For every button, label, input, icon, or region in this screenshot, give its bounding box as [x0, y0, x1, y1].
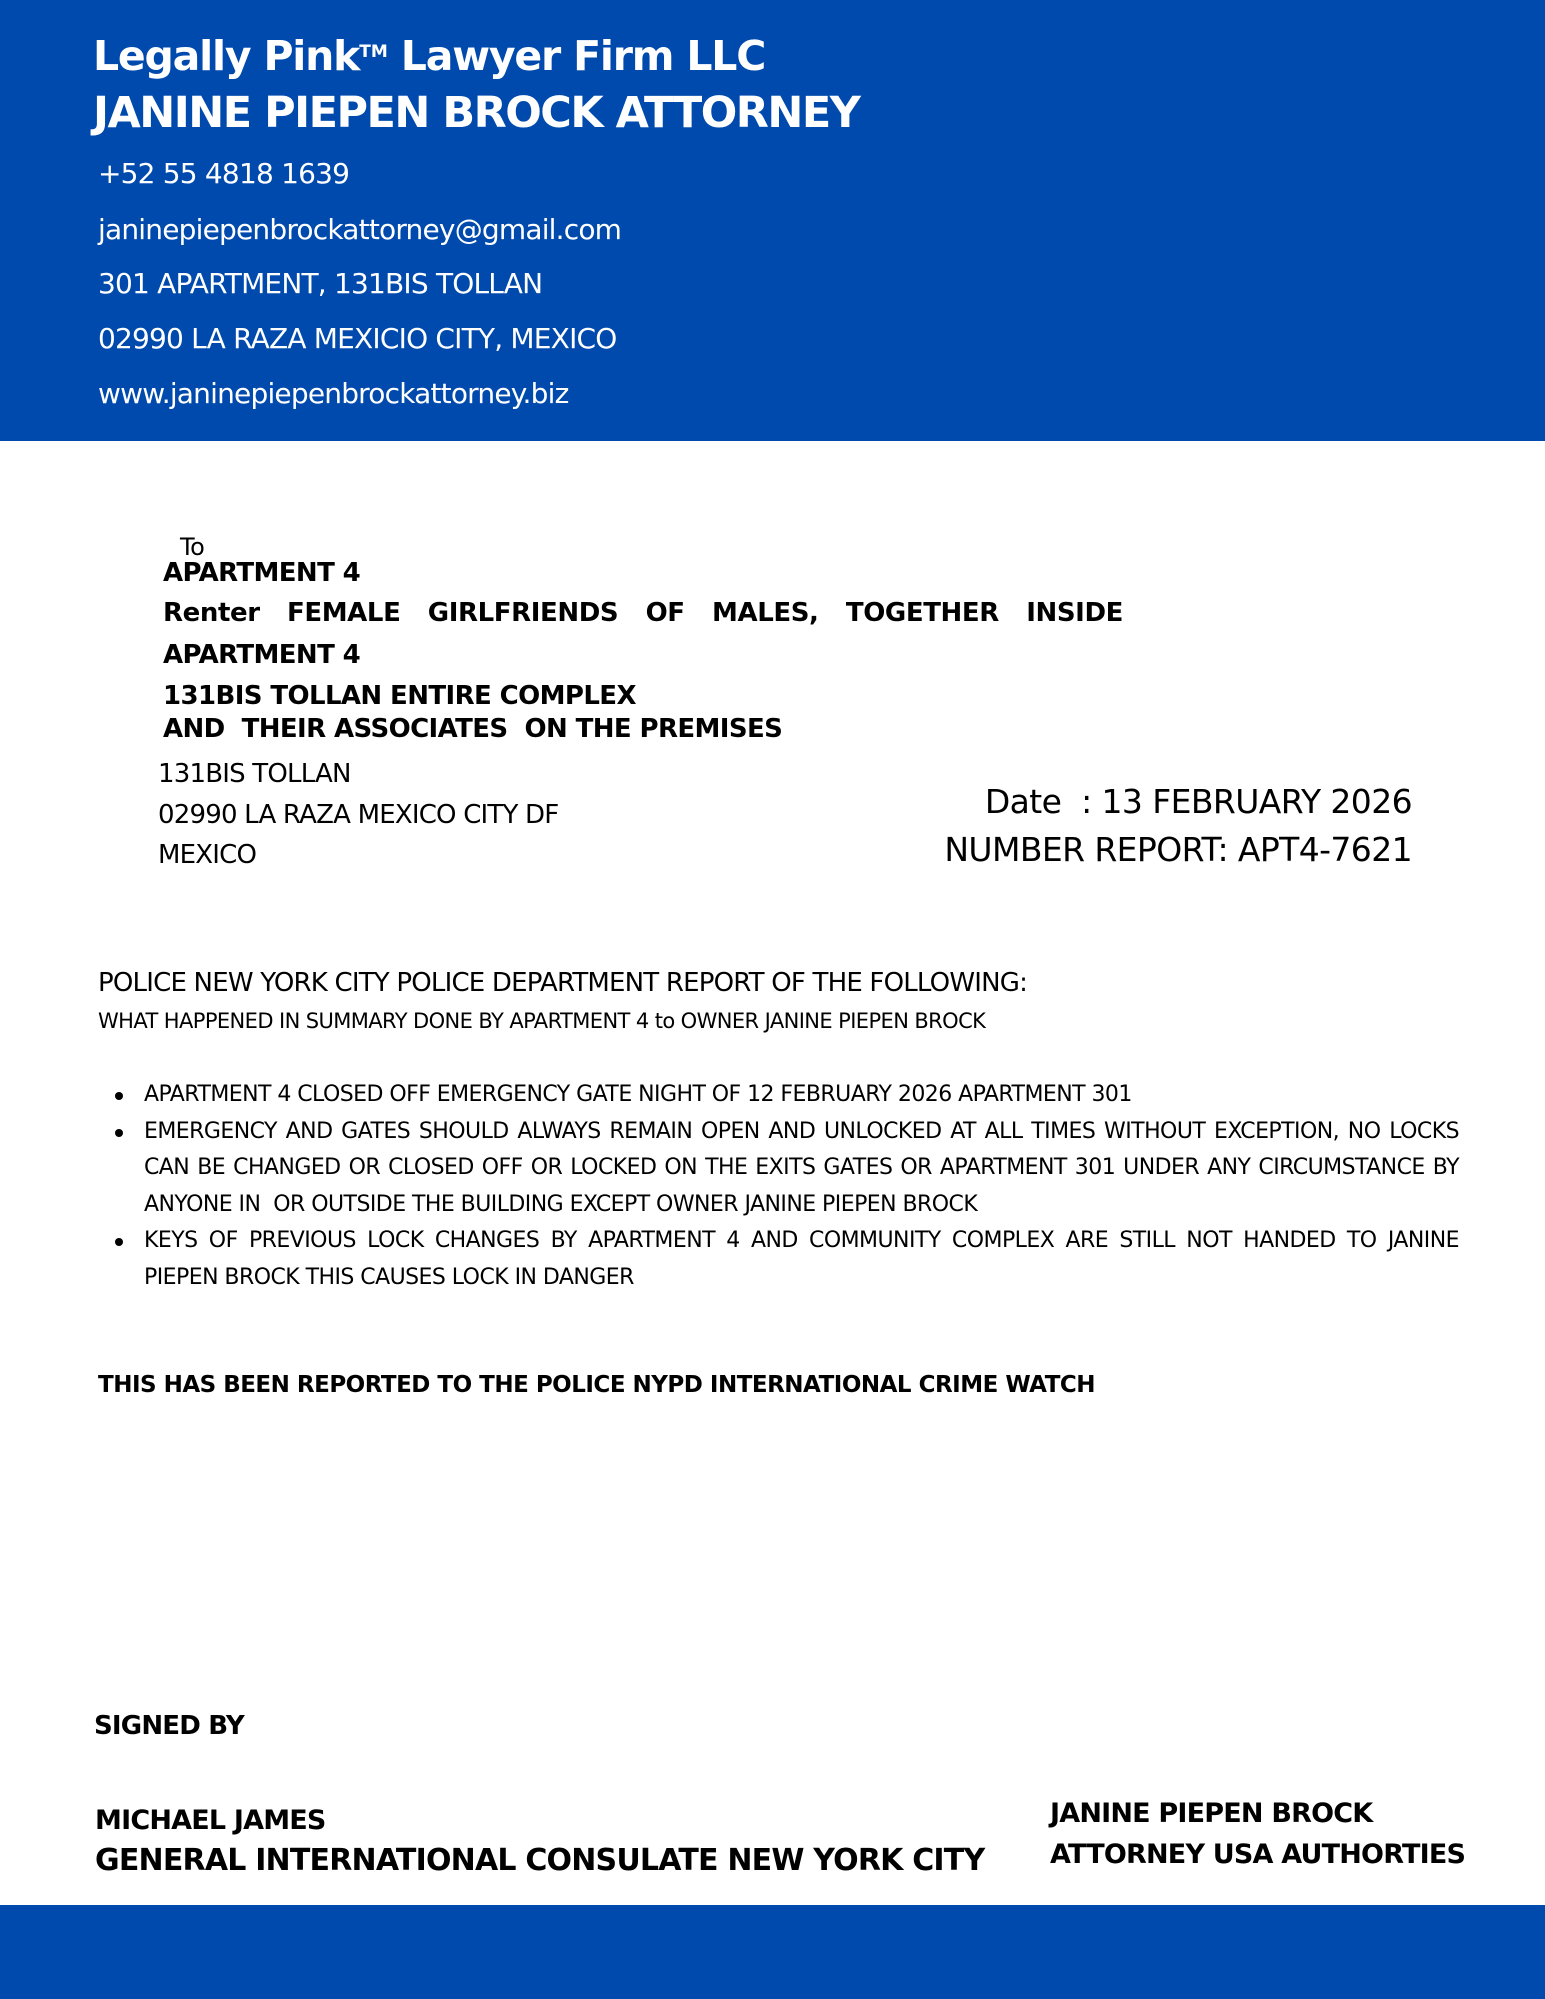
address-line-1: 301 APARTMENT, 131BIS TOLLAN — [98, 266, 542, 302]
trademark-symbol: TM — [359, 42, 388, 62]
signatory-left-title: GENERAL INTERNATIONAL CONSULATE NEW YORK… — [95, 1842, 984, 1880]
recipient-renter-line: RenterFEMALEGIRLFRIENDSOFMALES,TOGETHERI… — [163, 596, 1123, 630]
recipient-line-4: 131BIS TOLLAN ENTIRE COMPLEX — [163, 679, 636, 713]
renter-word: Renter — [163, 596, 260, 630]
incident-list-item: APARTMENT 4 CLOSED OFF EMERGENCY GATE NI… — [112, 1077, 1459, 1114]
recipient-address-2: 02990 LA RAZA MEXICO CITY DF — [158, 798, 558, 832]
recipient-line-5: AND THEIR ASSOCIATES ON THE PREMISES — [163, 712, 782, 746]
bullet-icon — [115, 1238, 123, 1246]
report-number: NUMBER REPORT: APT4-7621 — [944, 829, 1412, 871]
firm-name-main: Legally Pink — [93, 32, 359, 80]
renter-word: GIRLFRIENDS — [428, 596, 619, 630]
incident-text: EMERGENCY AND GATES SHOULD ALWAYS REMAIN… — [144, 1119, 1465, 1217]
address-line-2: 02990 LA RAZA MEXICIO CITY, MEXICO — [98, 321, 617, 357]
renter-word: INSIDE — [1026, 596, 1123, 630]
reported-notice: THIS HAS BEEN REPORTED TO THE POLICE NYP… — [98, 1370, 1095, 1400]
renter-word: MALES, — [712, 596, 819, 630]
signatory-left-name: MICHAEL JAMES — [95, 1804, 326, 1838]
signatory-right-name: JANINE PIEPEN BROCK — [1050, 1797, 1372, 1831]
footer-bar — [0, 1905, 1545, 1999]
recipient-line-3: APARTMENT 4 — [163, 638, 360, 672]
phone-number: +52 55 4818 1639 — [98, 156, 349, 192]
report-date: Date : 13 FEBRUARY 2026 — [985, 781, 1412, 823]
firm-name-suffix: Lawyer Firm LLC — [388, 32, 765, 80]
letterhead-header: Legally PinkTM Lawyer Firm LLC JANINE PI… — [0, 0, 1545, 441]
renter-word: OF — [646, 596, 685, 630]
firm-name: Legally PinkTM Lawyer Firm LLC — [93, 28, 765, 84]
incident-list-item: EMERGENCY AND GATES SHOULD ALWAYS REMAIN… — [112, 1114, 1459, 1224]
report-summary: WHAT HAPPENED IN SUMMARY DONE BY APARTME… — [98, 1006, 985, 1036]
recipient-address-1: 131BIS TOLLAN — [158, 757, 351, 791]
recipient-line-1: APARTMENT 4 — [163, 556, 360, 590]
incident-list-item: KEYS OF PREVIOUS LOCK CHANGES BY APARTME… — [112, 1223, 1459, 1296]
incident-text: APARTMENT 4 CLOSED OFF EMERGENCY GATE NI… — [144, 1082, 1132, 1107]
signed-by-label: SIGNED BY — [94, 1710, 244, 1742]
attorney-title: JANINE PIEPEN BROCK ATTORNEY — [93, 85, 859, 141]
email-address[interactable]: janinepiepenbrockattorney@gmail.com — [98, 212, 621, 248]
website-link[interactable]: www.janinepiepenbrockattorney.biz — [98, 376, 568, 412]
incident-list: APARTMENT 4 CLOSED OFF EMERGENCY GATE NI… — [112, 1077, 1459, 1296]
signatory-right-title: ATTORNEY USA AUTHORTIES — [1050, 1838, 1465, 1872]
renter-word: FEMALE — [287, 596, 400, 630]
incident-text: KEYS OF PREVIOUS LOCK CHANGES BY APARTME… — [144, 1228, 1465, 1290]
recipient-address-3: MEXICO — [158, 838, 256, 872]
report-heading: POLICE NEW YORK CITY POLICE DEPARTMENT R… — [98, 966, 1027, 1000]
bullet-icon — [115, 1129, 123, 1137]
renter-word: TOGETHER — [846, 596, 999, 630]
bullet-icon — [115, 1092, 123, 1100]
